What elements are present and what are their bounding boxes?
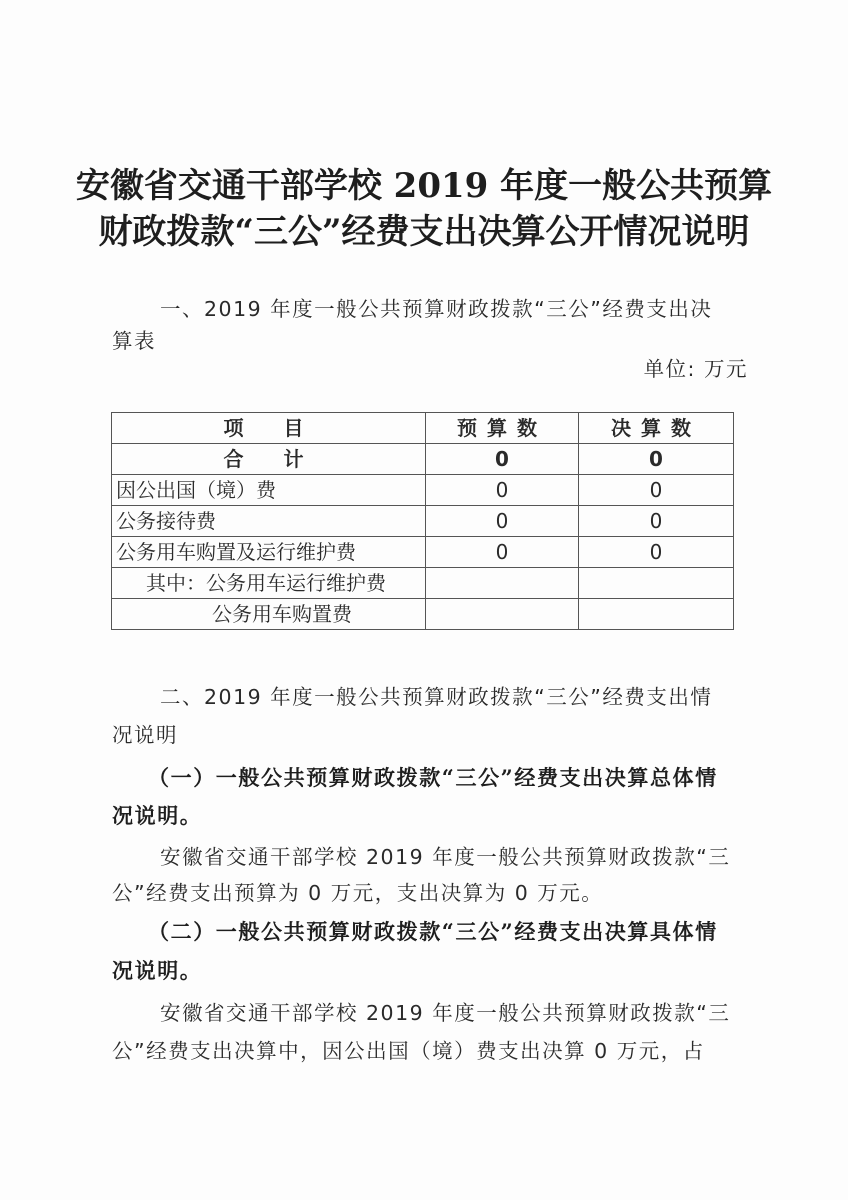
section1-heading-line-1: 一、2019 年度一般公共预算财政拨款“三公”经费支出决 [160, 292, 712, 322]
table-row: 公务用车购置费 [112, 599, 734, 630]
header-budget: 预算数 [426, 413, 579, 444]
sub1-heading-line-2: 况说明。 [112, 800, 202, 830]
table-row: 因公出国（境）费 0 0 [112, 475, 734, 506]
row-actual: 0 [579, 444, 734, 475]
row-actual [579, 568, 734, 599]
row-item: 其中：公务用车运行维护费 [112, 568, 426, 599]
row-actual: 0 [579, 506, 734, 537]
document-title-line-1: 安徽省交通干部学校 2019 年度一般公共预算 [0, 158, 848, 207]
row-budget [426, 568, 579, 599]
table-row-total: 合 计 0 0 [112, 444, 734, 475]
sub2-heading-line-1: （二）一般公共预算财政拨款“三公”经费支出决算具体情 [148, 916, 718, 946]
row-item: 公务用车购置费 [112, 599, 426, 630]
row-budget: 0 [426, 475, 579, 506]
sub2-paragraph-line-2: 公”经费支出决算中，因公出国（境）费支出决算 0 万元，占 [112, 1034, 705, 1064]
row-item: 公务接待费 [112, 506, 426, 537]
table-row: 公务接待费 0 0 [112, 506, 734, 537]
sub2-paragraph-line-1: 安徽省交通干部学校 2019 年度一般公共预算财政拨款“三 [160, 996, 730, 1026]
sub1-paragraph-line-2: 公”经费支出预算为 0 万元，支出决算为 0 万元。 [112, 876, 603, 906]
row-budget: 0 [426, 506, 579, 537]
header-item: 项 目 [112, 413, 426, 444]
section1-heading-line-2: 算表 [112, 324, 156, 354]
sub2-heading-line-2: 况说明。 [112, 955, 202, 985]
row-budget: 0 [426, 444, 579, 475]
row-item: 因公出国（境）费 [112, 475, 426, 506]
header-actual: 决算数 [579, 413, 734, 444]
table-header-row: 项 目 预算数 决算数 [112, 413, 734, 444]
section2-heading-line-2: 况说明 [112, 718, 178, 748]
row-actual: 0 [579, 537, 734, 568]
document-title-line-2: 财政拨款“三公”经费支出决算公开情况说明 [0, 204, 848, 253]
row-item: 合 计 [112, 444, 426, 475]
table-row: 其中：公务用车运行维护费 [112, 568, 734, 599]
sub1-paragraph-line-1: 安徽省交通干部学校 2019 年度一般公共预算财政拨款“三 [160, 840, 730, 870]
row-actual [579, 599, 734, 630]
row-actual: 0 [579, 475, 734, 506]
unit-label: 单位: 万元 [644, 352, 748, 382]
row-budget [426, 599, 579, 630]
row-item: 公务用车购置及运行维护费 [112, 537, 426, 568]
row-budget: 0 [426, 537, 579, 568]
table-row: 公务用车购置及运行维护费 0 0 [112, 537, 734, 568]
sub1-heading-line-1: （一）一般公共预算财政拨款“三公”经费支出决算总体情 [148, 762, 718, 792]
three-public-expenses-table: 项 目 预算数 决算数 合 计 0 0 因公出国（境）费 0 0 公务接待费 0… [111, 412, 734, 630]
section2-heading-line-1: 二、2019 年度一般公共预算财政拨款“三公”经费支出情 [160, 680, 712, 710]
